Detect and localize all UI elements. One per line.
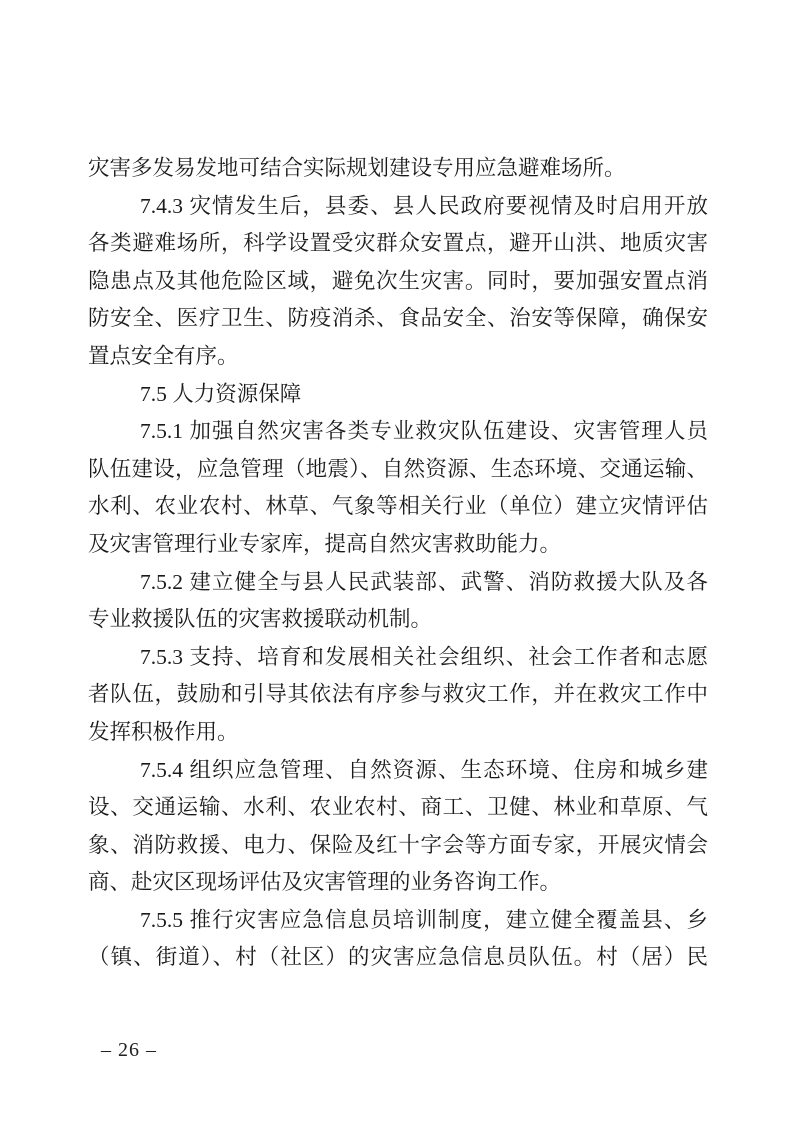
- text-line: 专业救援队伍的灾害救援联动机制。: [88, 601, 708, 639]
- text-line: 隐患点及其他危险区域，避免次生灾害。同时，要加强安置点消: [88, 263, 708, 301]
- text-line: 商、赴灾区现场评估及灾害管理的业务咨询工作。: [88, 864, 708, 902]
- text-line: 7.5.5 推行灾害应急信息员培训制度，建立健全覆盖县、乡: [88, 902, 708, 940]
- text-line: 7.5.3 支持、培育和发展相关社会组织、社会工作者和志愿: [88, 639, 708, 677]
- text-line: 7.5.2 建立健全与县人民武装部、武警、消防救援大队及各: [88, 564, 708, 602]
- text-line: 置点安全有序。: [88, 338, 708, 376]
- text-line: 7.5.4 组织应急管理、自然资源、生态环境、住房和城乡建: [88, 752, 708, 790]
- document-page: 灾害多发易发地可结合实际规划建设专用应急避难场所。7.4.3 灾情发生后，县委、…: [0, 0, 793, 1122]
- text-line: 7.5 人力资源保障: [88, 376, 708, 414]
- text-line: 队伍建设，应急管理（地震）、自然资源、生态环境、交通运输、: [88, 451, 708, 489]
- text-line: 象、消防救援、电力、保险及红十字会等方面专家，开展灾情会: [88, 827, 708, 865]
- text-line: 水利、农业农村、林草、气象等相关行业（单位）建立灾情评估: [88, 488, 708, 526]
- text-line: 防安全、医疗卫生、防疫消杀、食品安全、治安等保障，确保安: [88, 300, 708, 338]
- text-line: 者队伍，鼓励和引导其依法有序参与救灾工作，并在救灾工作中: [88, 676, 708, 714]
- text-line: 及灾害管理行业专家库，提高自然灾害救助能力。: [88, 526, 708, 564]
- text-line: 各类避难场所，科学设置受灾群众安置点，避开山洪、地质灾害: [88, 225, 708, 263]
- text-line: 灾害多发易发地可结合实际规划建设专用应急避难场所。: [88, 150, 708, 188]
- document-body: 灾害多发易发地可结合实际规划建设专用应急避难场所。7.4.3 灾情发生后，县委、…: [88, 150, 708, 977]
- text-line: 7.4.3 灾情发生后，县委、县人民政府要视情及时启用开放: [88, 188, 708, 226]
- text-line: 发挥积极作用。: [88, 714, 708, 752]
- text-line: 7.5.1 加强自然灾害各类专业救灾队伍建设、灾害管理人员: [88, 413, 708, 451]
- page-number: – 26 –: [101, 1036, 157, 1064]
- text-line: （镇、街道）、村（社区）的灾害应急信息员队伍。村（居）民: [88, 939, 708, 977]
- text-line: 设、交通运输、水利、农业农村、商工、卫健、林业和草原、气: [88, 789, 708, 827]
